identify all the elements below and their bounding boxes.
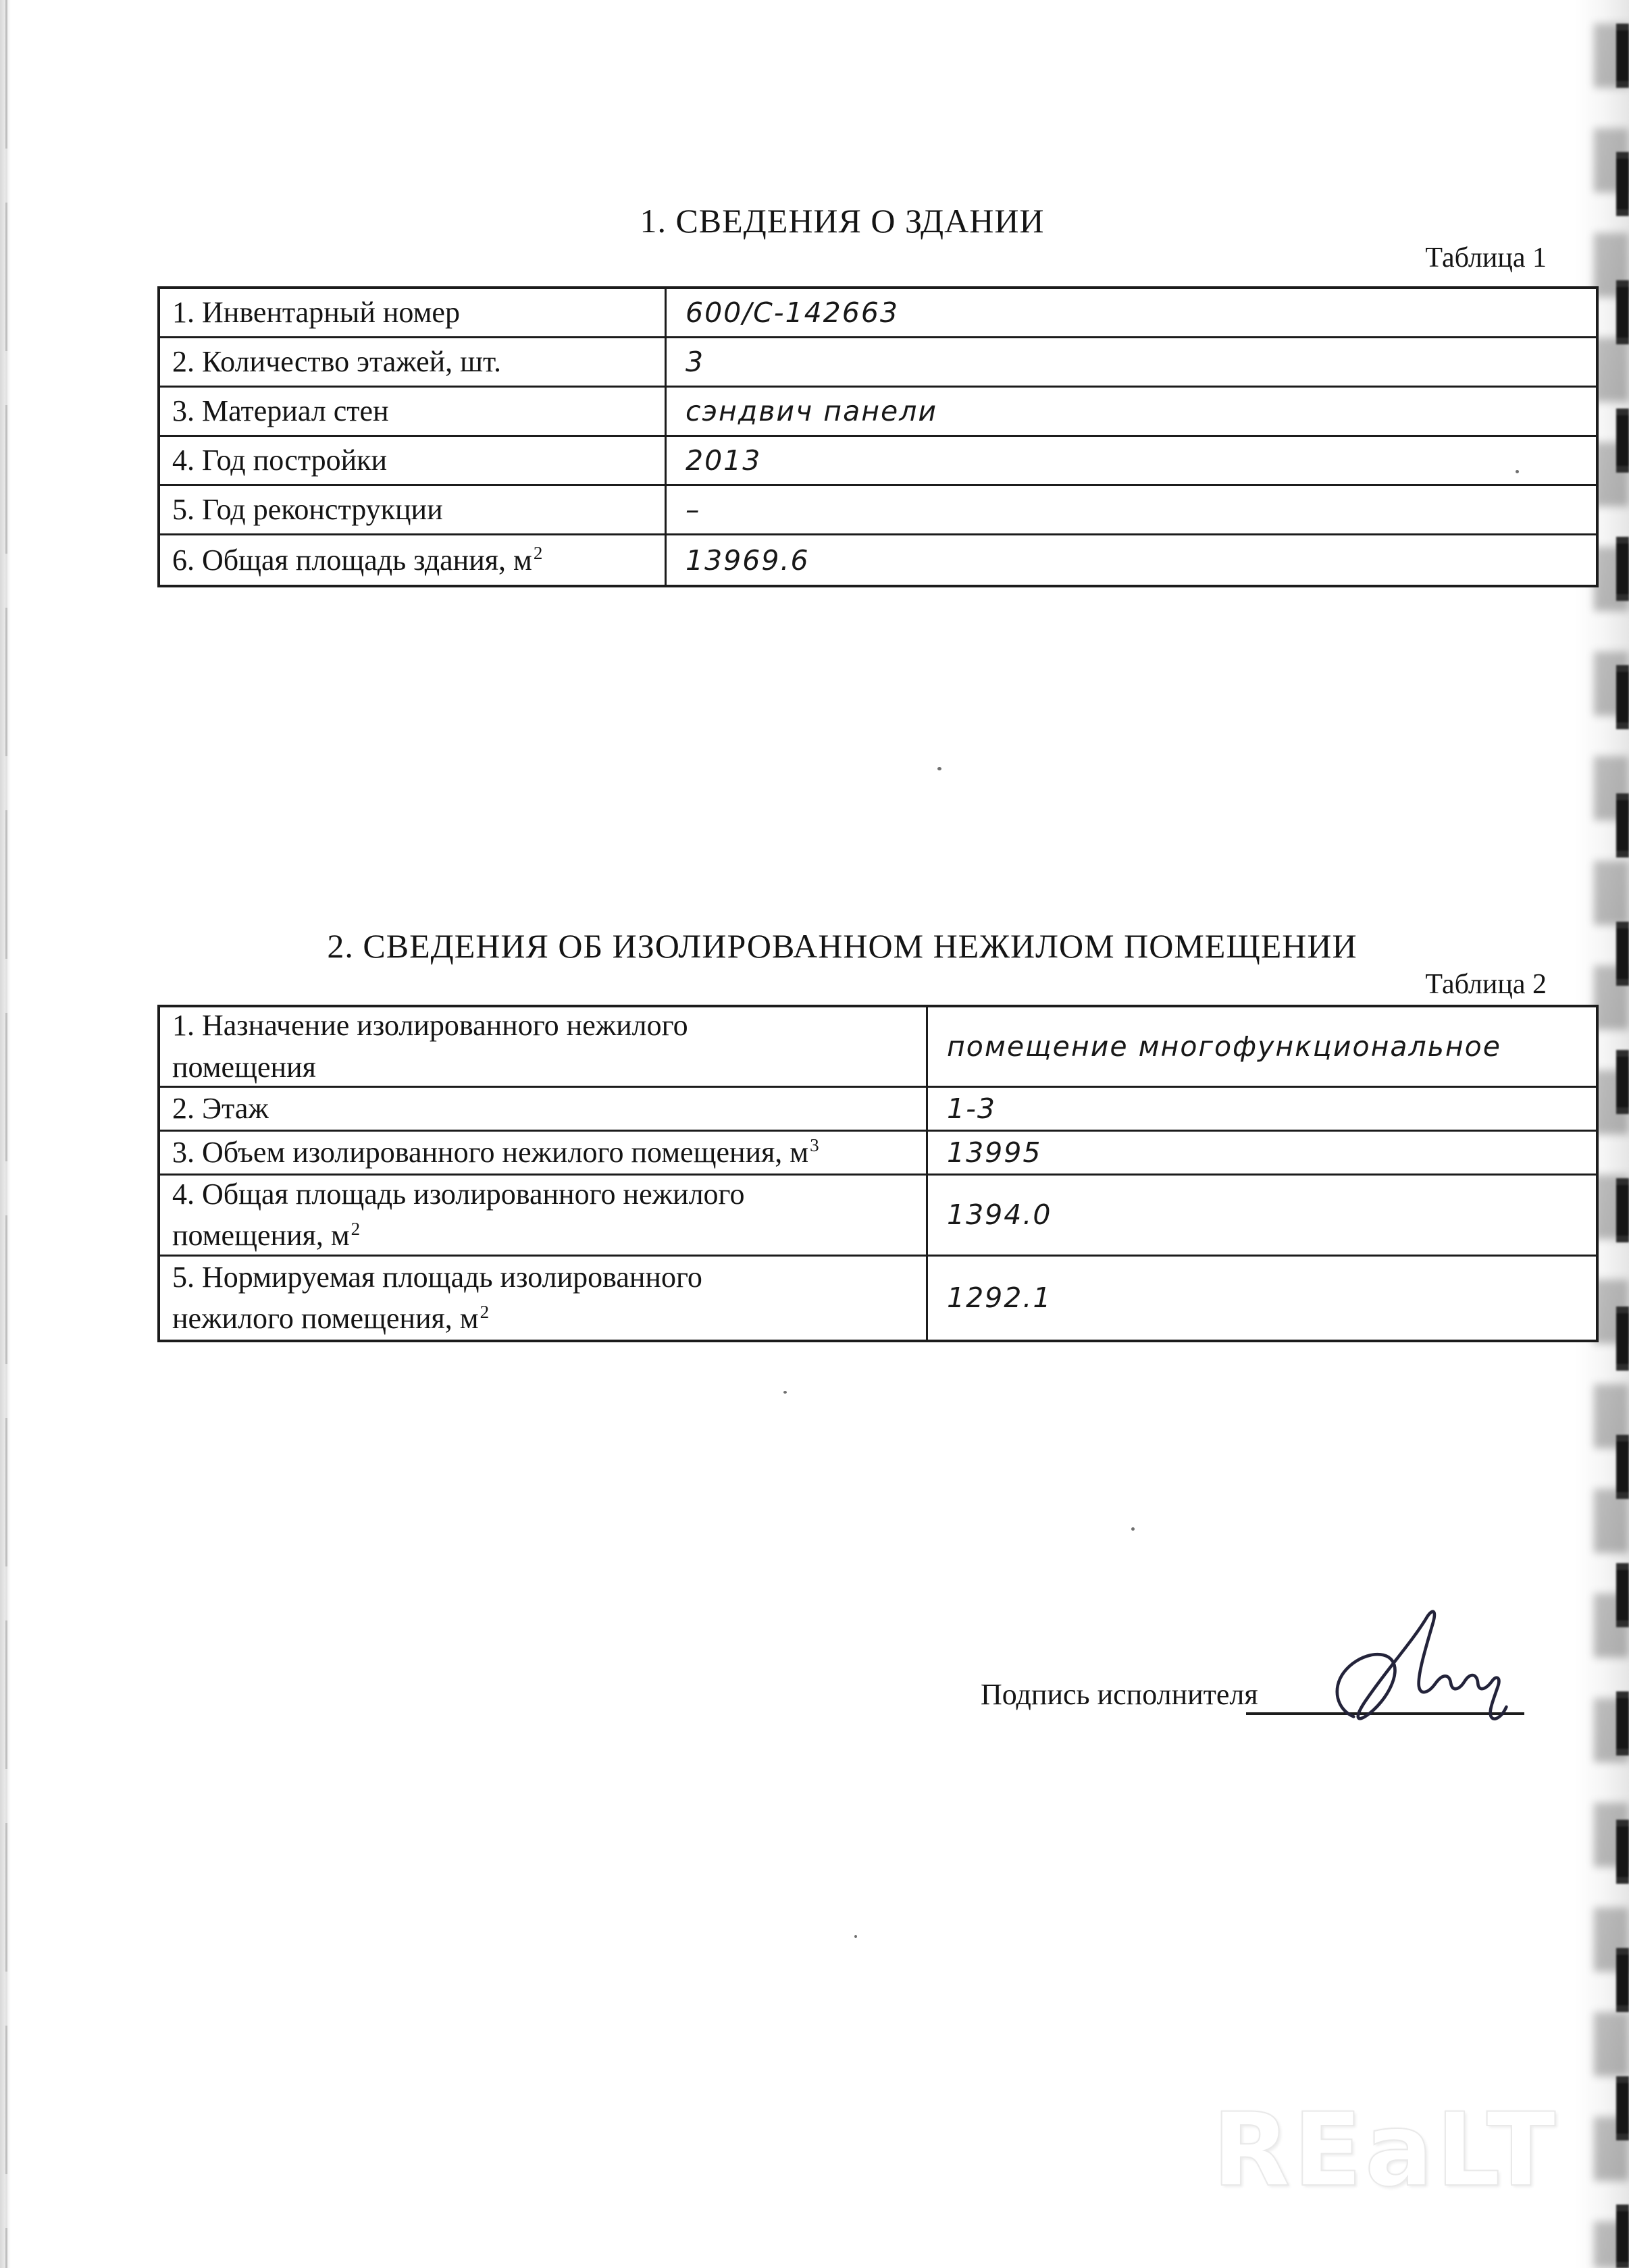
table-row: 6. Общая площадь здания, м2 13969.6 xyxy=(160,535,1596,585)
row-label-cell: 3. Объем изолированного нежилого помещен… xyxy=(160,1132,928,1173)
scanned-document-page: 1. СВЕДЕНИЯ О ЗДАНИИ Таблица 1 1. Инвент… xyxy=(0,0,1629,2268)
scan-speck xyxy=(1516,470,1519,473)
row-value: 1-3 xyxy=(947,1092,996,1125)
row-label-cell: 5. Год реконструкции xyxy=(160,486,667,533)
row-label-cell: 6. Общая площадь здания, м2 xyxy=(160,535,667,585)
realt-watermark: REaLT xyxy=(1212,2092,1558,2209)
row-label: 2. Количество этажей, шт. xyxy=(172,345,501,378)
row-label: 4. Общая площадь изолированного нежилого… xyxy=(172,1178,744,1252)
row-value: 3 xyxy=(686,346,704,378)
table-row: 4. Общая площадь изолированного нежилого… xyxy=(160,1176,1596,1257)
row-value-cell: 13969.6 xyxy=(667,535,1596,585)
signature-label: Подпись исполнителя xyxy=(981,1677,1258,1712)
row-value: 600/С-142663 xyxy=(686,296,899,329)
row-label: 5. Нормируемая площадь изолированного не… xyxy=(172,1261,702,1336)
premises-info-table: 1. Назначение изолированного нежилого по… xyxy=(157,1005,1599,1342)
row-value-cell: 1394.0 xyxy=(928,1176,1596,1255)
row-label: 1. Назначение изолированного нежилого по… xyxy=(172,1009,688,1084)
table-row: 2. Этаж 1-3 xyxy=(160,1088,1596,1132)
table1-caption: Таблица 1 xyxy=(1425,242,1547,274)
row-value: 13969.6 xyxy=(686,544,810,577)
row-label-cell: 2. Этаж xyxy=(160,1088,928,1130)
table-row: 1. Назначение изолированного нежилого по… xyxy=(160,1007,1596,1088)
row-label: 1. Инвентарный номер xyxy=(172,296,460,329)
row-label-superscript: 2 xyxy=(351,1219,361,1239)
row-label: 2. Этаж xyxy=(172,1092,269,1125)
row-label: 6. Общая площадь здания, м xyxy=(172,544,532,577)
table2-caption: Таблица 2 xyxy=(1425,968,1547,1001)
row-value: 1394.0 xyxy=(947,1198,1052,1231)
row-value: помещение многофункциональное xyxy=(947,1030,1501,1063)
row-label-cell: 3. Материал стен xyxy=(160,388,667,435)
row-value: сэндвич панели xyxy=(686,395,937,427)
row-value-cell: 1-3 xyxy=(928,1088,1596,1130)
row-label: 3. Объем изолированного нежилого помещен… xyxy=(172,1136,808,1169)
row-label: 5. Год реконструкции xyxy=(172,493,443,526)
row-label-cell: 5. Нормируемая площадь изолированного не… xyxy=(160,1257,928,1340)
table-row: 1. Инвентарный номер 600/С-142663 xyxy=(160,289,1596,338)
scan-speck xyxy=(937,767,941,770)
row-value: 13995 xyxy=(947,1136,1041,1169)
table-row: 3. Объем изолированного нежилого помещен… xyxy=(160,1132,1596,1176)
scan-speck xyxy=(854,1935,857,1938)
table-row: 3. Материал стен сэндвич панели xyxy=(160,388,1596,437)
row-value-cell: 1292.1 xyxy=(928,1257,1596,1340)
scan-speck xyxy=(1131,1527,1135,1531)
row-label-superscript: 3 xyxy=(810,1135,819,1155)
row-value-cell: – xyxy=(667,486,1596,533)
row-value: – xyxy=(686,494,701,526)
row-value-cell: сэндвич панели xyxy=(667,388,1596,435)
scan-speck xyxy=(783,1391,787,1394)
table-row: 5. Год реконструкции – xyxy=(160,486,1596,535)
row-label-superscript: 2 xyxy=(480,1302,490,1322)
row-label: 3. Материал стен xyxy=(172,394,389,427)
row-value-cell: 3 xyxy=(667,338,1596,386)
row-value-cell: помещение многофункциональное xyxy=(928,1007,1596,1086)
row-label: 4. Год постройки xyxy=(172,444,387,477)
table-row: 4. Год постройки 2013 xyxy=(160,437,1596,486)
binding-marks xyxy=(1616,0,1629,2268)
page-edge-shadow-left xyxy=(0,0,11,2268)
row-value-cell: 13995 xyxy=(928,1132,1596,1173)
section1-title: 1. СВЕДЕНИЯ О ЗДАНИИ xyxy=(122,201,1563,240)
row-label-cell: 2. Количество этажей, шт. xyxy=(160,338,667,386)
row-value-cell: 600/С-142663 xyxy=(667,289,1596,336)
row-label-cell: 4. Год постройки xyxy=(160,437,667,484)
handwritten-signature xyxy=(1317,1607,1526,1732)
row-value-cell: 2013 xyxy=(667,437,1596,484)
row-value: 2013 xyxy=(686,444,761,477)
table-row: 5. Нормируемая площадь изолированного не… xyxy=(160,1257,1596,1340)
section2-title: 2. СВЕДЕНИЯ ОБ ИЗОЛИРОВАННОМ НЕЖИЛОМ ПОМ… xyxy=(122,926,1563,966)
table-row: 2. Количество этажей, шт. 3 xyxy=(160,338,1596,388)
building-info-table: 1. Инвентарный номер 600/С-142663 2. Кол… xyxy=(157,286,1599,587)
row-label-cell: 1. Инвентарный номер xyxy=(160,289,667,336)
row-label-cell: 4. Общая площадь изолированного нежилого… xyxy=(160,1176,928,1255)
row-label-superscript: 2 xyxy=(534,543,543,563)
row-value: 1292.1 xyxy=(947,1282,1052,1314)
row-label-cell: 1. Назначение изолированного нежилого по… xyxy=(160,1007,928,1086)
